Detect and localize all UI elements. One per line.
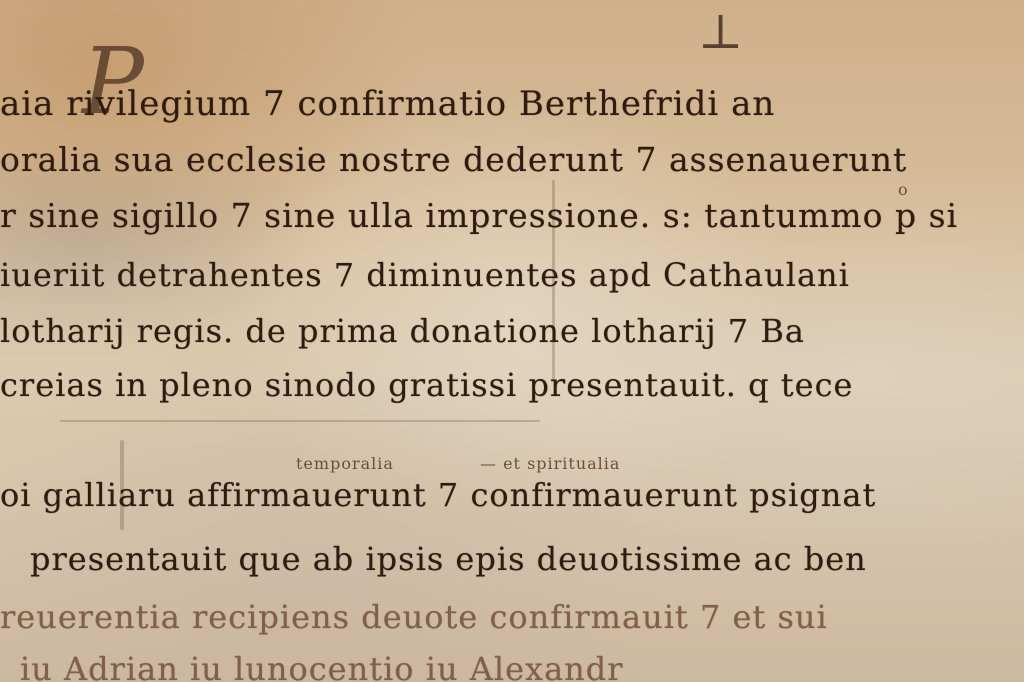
manuscript-line: aia rivilegium 7 confirmatio Berthefridi… — [0, 84, 775, 124]
manuscript-line: iu Adrian iu lunocentio iu Alexandr — [20, 650, 624, 682]
interlinear-gloss: — et spiritualia — [480, 454, 620, 473]
manuscript-line: presentauit que ab ipsis epis deuotissim… — [30, 540, 867, 578]
manuscript-line: lotharij regis. de prima donatione lotha… — [0, 312, 805, 350]
manuscript-line: oralia sua ecclesie nostre dederunt 7 as… — [0, 140, 907, 179]
manuscript-line: creias in pleno sinodo gratissi presenta… — [0, 366, 853, 404]
manuscript-line: oi galliaru affirmauerunt 7 confirmaueru… — [0, 476, 876, 514]
top-mark: ⊥ — [698, 4, 743, 60]
manuscript-line: reuerentia recipiens deuote confirmauit … — [0, 598, 828, 636]
interlinear-gloss: temporalia — [296, 454, 394, 473]
interlinear-gloss: o — [898, 180, 909, 199]
manuscript-line: iueriit detrahentes 7 diminuentes apd Ca… — [0, 256, 850, 294]
manuscript-line: r sine sigillo 7 sine ulla impressione. … — [0, 196, 958, 235]
parchment-crack — [60, 420, 540, 422]
